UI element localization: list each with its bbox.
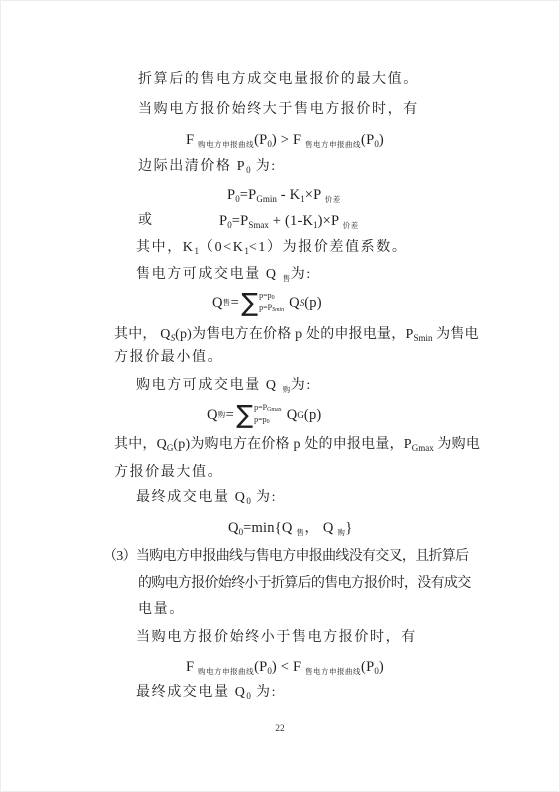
symbol-Q: Q	[289, 294, 300, 312]
line-seller-qty-explain-2: 方报价最小值。	[114, 349, 223, 367]
text-segment: (p)	[304, 406, 322, 424]
arg-open: (P	[361, 132, 374, 148]
formula-buyer-qty-sum: Q 购=∑p=PGmaxp=p0QG(p)	[207, 400, 321, 430]
text-segment: ， Q	[304, 520, 337, 536]
subscript-gmin: Gmin	[256, 194, 277, 204]
formula-final-qty-min: Q0=min{Q 售， Q 购}	[228, 519, 353, 542]
text-segment: 为:	[251, 685, 277, 700]
subscript-zero: 0	[267, 419, 270, 425]
line-final-qty-intro-2: 最终成交电量 Q0 为:	[136, 684, 277, 705]
formula-p0-case2: P0=PSmax + (1-K1)×P 价差	[219, 212, 359, 235]
arg-open: (P	[361, 659, 374, 675]
line-k1-coefficient: 其中，K1（0<K1<1）为报价差值系数。	[136, 239, 407, 260]
equals-sign: =	[226, 406, 234, 424]
subscript-seller-curve: 售电方申报曲线	[305, 667, 361, 676]
or-label: 或	[138, 212, 154, 230]
subscript-zero: 0	[272, 295, 275, 301]
subscript-smin: Smin	[272, 307, 284, 313]
subscript-price-diff: 价差	[343, 221, 359, 230]
operator-lt: <	[277, 659, 293, 675]
document-page: 折算后的售电方成交电量报价的最大值。 当购电方报价始终大于售电方报价时，有 F …	[0, 0, 560, 792]
subscript-seller-curve: 售电方申报曲线	[305, 140, 361, 149]
text-segment: 为购电	[434, 437, 480, 452]
line-max-value: 折算后的售电方成交电量报价的最大值。	[138, 71, 419, 89]
sum-upper-limit: p=p0	[259, 291, 284, 303]
sum-upper-limit: p=PGmax	[254, 403, 282, 415]
line-item3-2: 的购电方报价始终小于折算后的售电方报价时，没有成交	[138, 575, 471, 593]
text-segment: 最终成交电量 Q	[136, 490, 246, 505]
text-segment: 售电方可成交电量 Q	[136, 267, 283, 282]
sum-limits: p=p0p=PSmin	[259, 291, 284, 315]
text-segment: =P	[232, 213, 249, 229]
text-segment: 其中，Q	[114, 437, 167, 452]
text-segment: + (1-K	[269, 213, 313, 229]
text-segment: 为售电	[432, 327, 478, 342]
line-item3-1: （3）当购电方申报曲线与售电方申报曲线没有交叉，且折算后	[103, 548, 468, 566]
symbol-Q: Q	[228, 520, 239, 536]
symbol-F: F	[186, 659, 198, 675]
line-seller-qty-intro: 售电方可成交电量 Q 售为:	[136, 266, 312, 288]
sum-lower-limit: p=PSmin	[259, 303, 284, 315]
line-seller-qty-explain-1: 其中， QS(p)为售电方在价格 p 处的申报电量，PSmin 为售电	[114, 326, 479, 347]
formula-p0-case1: P0=PGmin - K1×P 价差	[227, 186, 341, 209]
symbol-Q: Q	[212, 294, 223, 312]
sum-limits: p=PGmaxp=p0	[254, 403, 282, 427]
text-segment: <1）为报价差值系数。	[249, 240, 408, 255]
text-segment: （0<K	[199, 240, 244, 255]
text-segment: p=p	[259, 291, 272, 300]
arg-open: (P	[254, 659, 267, 675]
text-segment: p=p	[254, 415, 267, 424]
text-segment: 为:	[251, 159, 277, 174]
text-segment: 为:	[291, 378, 312, 393]
line-when-buyer-less: 当购电方报价始终小于售电方报价时，有	[136, 629, 417, 647]
line-when-buyer-greater: 当购电方报价始终大于售电方报价时，有	[138, 101, 419, 119]
symbol-F: F	[293, 132, 305, 148]
text-segment: (p)为购电方在价格 p 处的申报电量，P	[173, 437, 411, 452]
line-buyer-qty-explain-2: 方报价最大值。	[114, 464, 223, 482]
arg-close: )	[379, 659, 384, 675]
arg-open: (P	[254, 132, 267, 148]
subscript-buyer: 购	[283, 385, 291, 394]
formula-buyer-lt-seller: F 购电方申报曲线(P0) < F 售电方申报曲线(P0)	[186, 658, 384, 681]
subscript-buyer: 购	[218, 406, 226, 424]
line-marginal-price: 边际出清价格 P0 为:	[138, 158, 277, 179]
symbol-Q: Q	[207, 406, 218, 424]
symbol-F: F	[186, 132, 198, 148]
text-segment: 为:	[291, 267, 312, 282]
text-segment: (p)为售电方在价格 p 处的申报电量，P	[175, 327, 413, 342]
subscript-smax: Smax	[248, 220, 269, 230]
text-segment: (p)	[304, 294, 322, 312]
text-segment: ×P	[305, 187, 325, 203]
formula-buyer-gt-seller: F 购电方申报曲线(P0) > F 售电方申报曲线(P0)	[186, 131, 384, 154]
sum-lower-limit: p=p0	[254, 415, 282, 427]
text-segment: =min{Q	[243, 520, 296, 536]
text-segment: 购电方可成交电量 Q	[136, 378, 283, 393]
symbol-F: F	[293, 659, 305, 675]
text-segment: 边际出清价格 P	[138, 159, 246, 174]
line-buyer-qty-explain-1: 其中，QG(p)为购电方在价格 p 处的申报电量，PGmax 为购电	[114, 436, 480, 457]
subscript-seller: 售	[223, 294, 231, 312]
subscript-gmax: Gmax	[267, 407, 282, 413]
text-segment: =P	[240, 187, 257, 203]
subscript-buyer-curve: 购电方申报曲线	[198, 667, 254, 676]
text-segment: }	[345, 520, 352, 536]
subscript-smin: Smin	[413, 333, 432, 343]
subscript-buyer-curve: 购电方申报曲线	[198, 140, 254, 149]
page-number: 22	[0, 724, 560, 734]
text-segment: - K	[277, 187, 300, 203]
line-buyer-qty-intro: 购电方可成交电量 Q 购为:	[136, 377, 312, 399]
equals-sign: =	[231, 294, 239, 312]
operator-gt: >	[277, 132, 293, 148]
text-segment: 最终成交电量 Q	[136, 685, 246, 700]
sigma-icon: ∑	[236, 404, 253, 426]
symbol-Q: Q	[287, 406, 298, 424]
subscript-gmax: Gmax	[412, 443, 434, 453]
text-segment: p=P	[259, 303, 272, 312]
subscript-seller: 售	[283, 274, 291, 283]
text-segment: 为:	[251, 490, 277, 505]
text-segment: 其中， Q	[114, 327, 171, 342]
formula-seller-qty-sum: Q 售=∑p=p0p=PSminQS(p)	[212, 288, 322, 318]
sigma-icon: ∑	[241, 292, 258, 314]
text-segment: )×P	[318, 213, 343, 229]
line-final-qty-intro: 最终成交电量 Q0 为:	[136, 489, 277, 510]
arg-close: )	[379, 132, 384, 148]
subscript-price-diff: 价差	[325, 195, 341, 204]
text-segment: p=P	[254, 403, 267, 412]
line-item3-3: 电量。	[138, 601, 185, 619]
text-segment: 其中，K	[136, 240, 195, 255]
